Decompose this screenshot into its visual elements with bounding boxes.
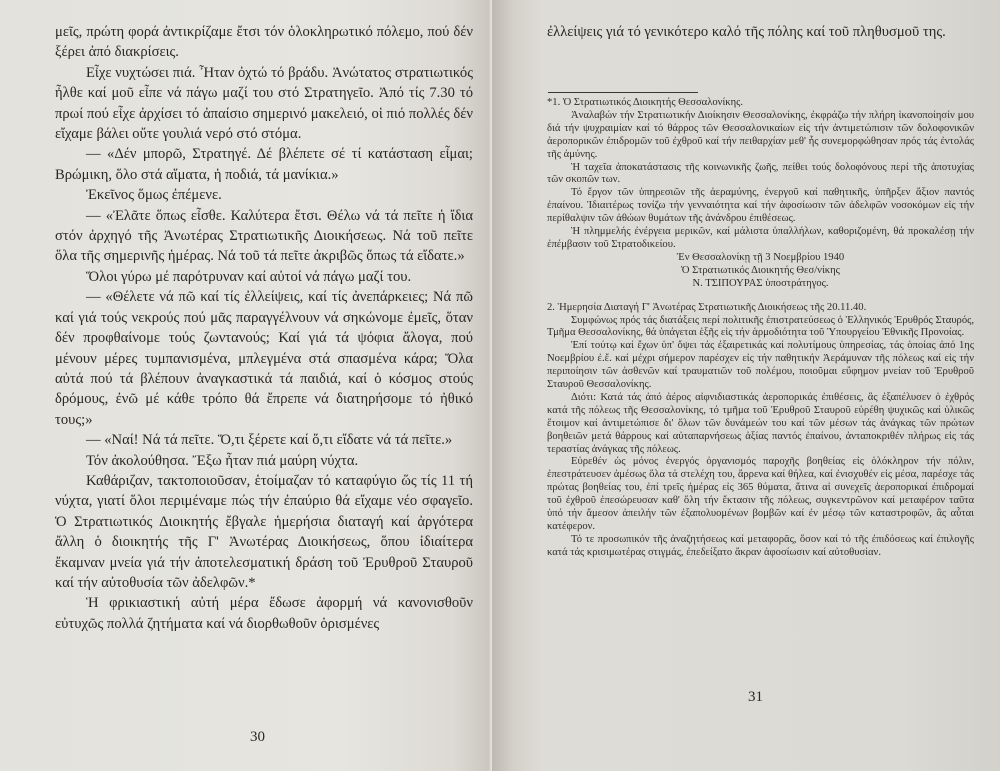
- paragraph: Εἶχε νυχτώσει πιά. Ἦταν ὀχτώ τό βράδυ. Ἀ…: [55, 63, 473, 145]
- left-page-body: μεῖς, πρώτη φορά ἀντικρίζαμε ἔτσι τόν ὁλ…: [55, 22, 473, 634]
- left-page: μεῖς, πρώτη φορά ἀντικρίζαμε ἔτσι τόν ὁλ…: [0, 0, 492, 771]
- footnote-paragraph: Διότι: Κατά τάς ἀπό ἀέρος αἰφνιδιαστικάς…: [547, 392, 974, 457]
- right-page-continuation: ἐλλείψεις γιά τό γενικότερο καλό τῆς πόλ…: [547, 22, 974, 42]
- footnote-2-heading: 2. Ἡμερησία Διαταγή Γ' Ἀνωτέρας Στρατιωτ…: [547, 302, 974, 315]
- footnote-paragraph: Ἡ ταχεῖα ἀποκατάστασις τῆς κοινωνικῆς ζω…: [547, 162, 974, 188]
- paragraph: — «Ναί! Νά τά πεῖτε. Ὅ,τι ξέρετε καί ὅ,τ…: [55, 430, 473, 450]
- footnote-paragraph: Συμφώνως πρός τάς διατάξεις περί πολιτικ…: [547, 315, 974, 341]
- paragraph: Ἡ φρικιαστική αὐτή μέρα ἔδωσε ἀφορμή νά …: [55, 593, 473, 634]
- paragraph: μεῖς, πρώτη φορά ἀντικρίζαμε ἔτσι τόν ὁλ…: [55, 22, 473, 63]
- page-number-right: 31: [748, 689, 763, 706]
- paragraph: — «Ἐλᾶτε ὅπως εἶσθε. Καλύτερα ἔτσι. Θέλω…: [55, 206, 473, 267]
- signature-date: Ἐν Θεσσαλονίκῃ τῇ 3 Νοεμβρίου 1940: [547, 252, 974, 265]
- footnote-separator: [548, 92, 698, 93]
- paragraph: — «Θέλετε νά πῶ καί τίς ἐλλείψεις, καί τ…: [55, 287, 473, 430]
- page-number-left: 30: [250, 729, 265, 746]
- footnote-1-heading: *1. Ὁ Στρατιωτικός Διοικητής Θεσσαλονίκη…: [547, 97, 974, 110]
- footnote-paragraph: Εὑρεθέν ὡς μόνος ἐνεργός ὀργανισμός παρο…: [547, 456, 974, 533]
- footnote-paragraph: Τό τε προσωπικόν τῆς ἀναζητήσεως καί μετ…: [547, 534, 974, 560]
- signature-name: Ν. ΤΣΙΠΟΥΡΑΣ ὑποστράτηγος.: [547, 278, 974, 291]
- paragraph: Καθάριζαν, τακτοποιοῦσαν, ἑτοίμαζαν τό κ…: [55, 471, 473, 593]
- footnote-paragraph: Ἐπί τούτῳ καί ἔχων ὑπ' ὄψει τάς ἐξαιρετι…: [547, 340, 974, 392]
- footnote-paragraph: Τό ἔργον τῶν ὑπηρεσιῶν τῆς ἀεραμύνης, ἐν…: [547, 187, 974, 226]
- footnote-paragraph: Ἀναλαβών τήν Στρατιωτικήν Διοίκησιν Θεσσ…: [547, 110, 974, 162]
- footnotes: *1. Ὁ Στρατιωτικός Διοικητής Θεσσαλονίκη…: [547, 97, 974, 560]
- paragraph: ἐλλείψεις γιά τό γενικότερο καλό τῆς πόλ…: [547, 22, 974, 42]
- paragraph: — «Δέν μπορῶ, Στρατηγέ. Δέ βλέπετε σέ τί…: [55, 144, 473, 185]
- paragraph: Τόν ἀκολούθησα. Ἔξω ἦταν πιά μαύρη νύχτα…: [55, 451, 473, 471]
- footnote-paragraph: Ἡ πλημμελής ἐνέργεια μερικῶν, καί μάλιστ…: [547, 226, 974, 252]
- paragraph: Ὅλοι γύρω μέ παρότρυναν καί αὐτοί νά πάγ…: [55, 267, 473, 287]
- signature-title: Ὁ Στρατιωτικός Διοικητής Θεσ/νίκης: [547, 265, 974, 278]
- paragraph: Ἐκεῖνος ὅμως ἐπέμενε.: [55, 185, 473, 205]
